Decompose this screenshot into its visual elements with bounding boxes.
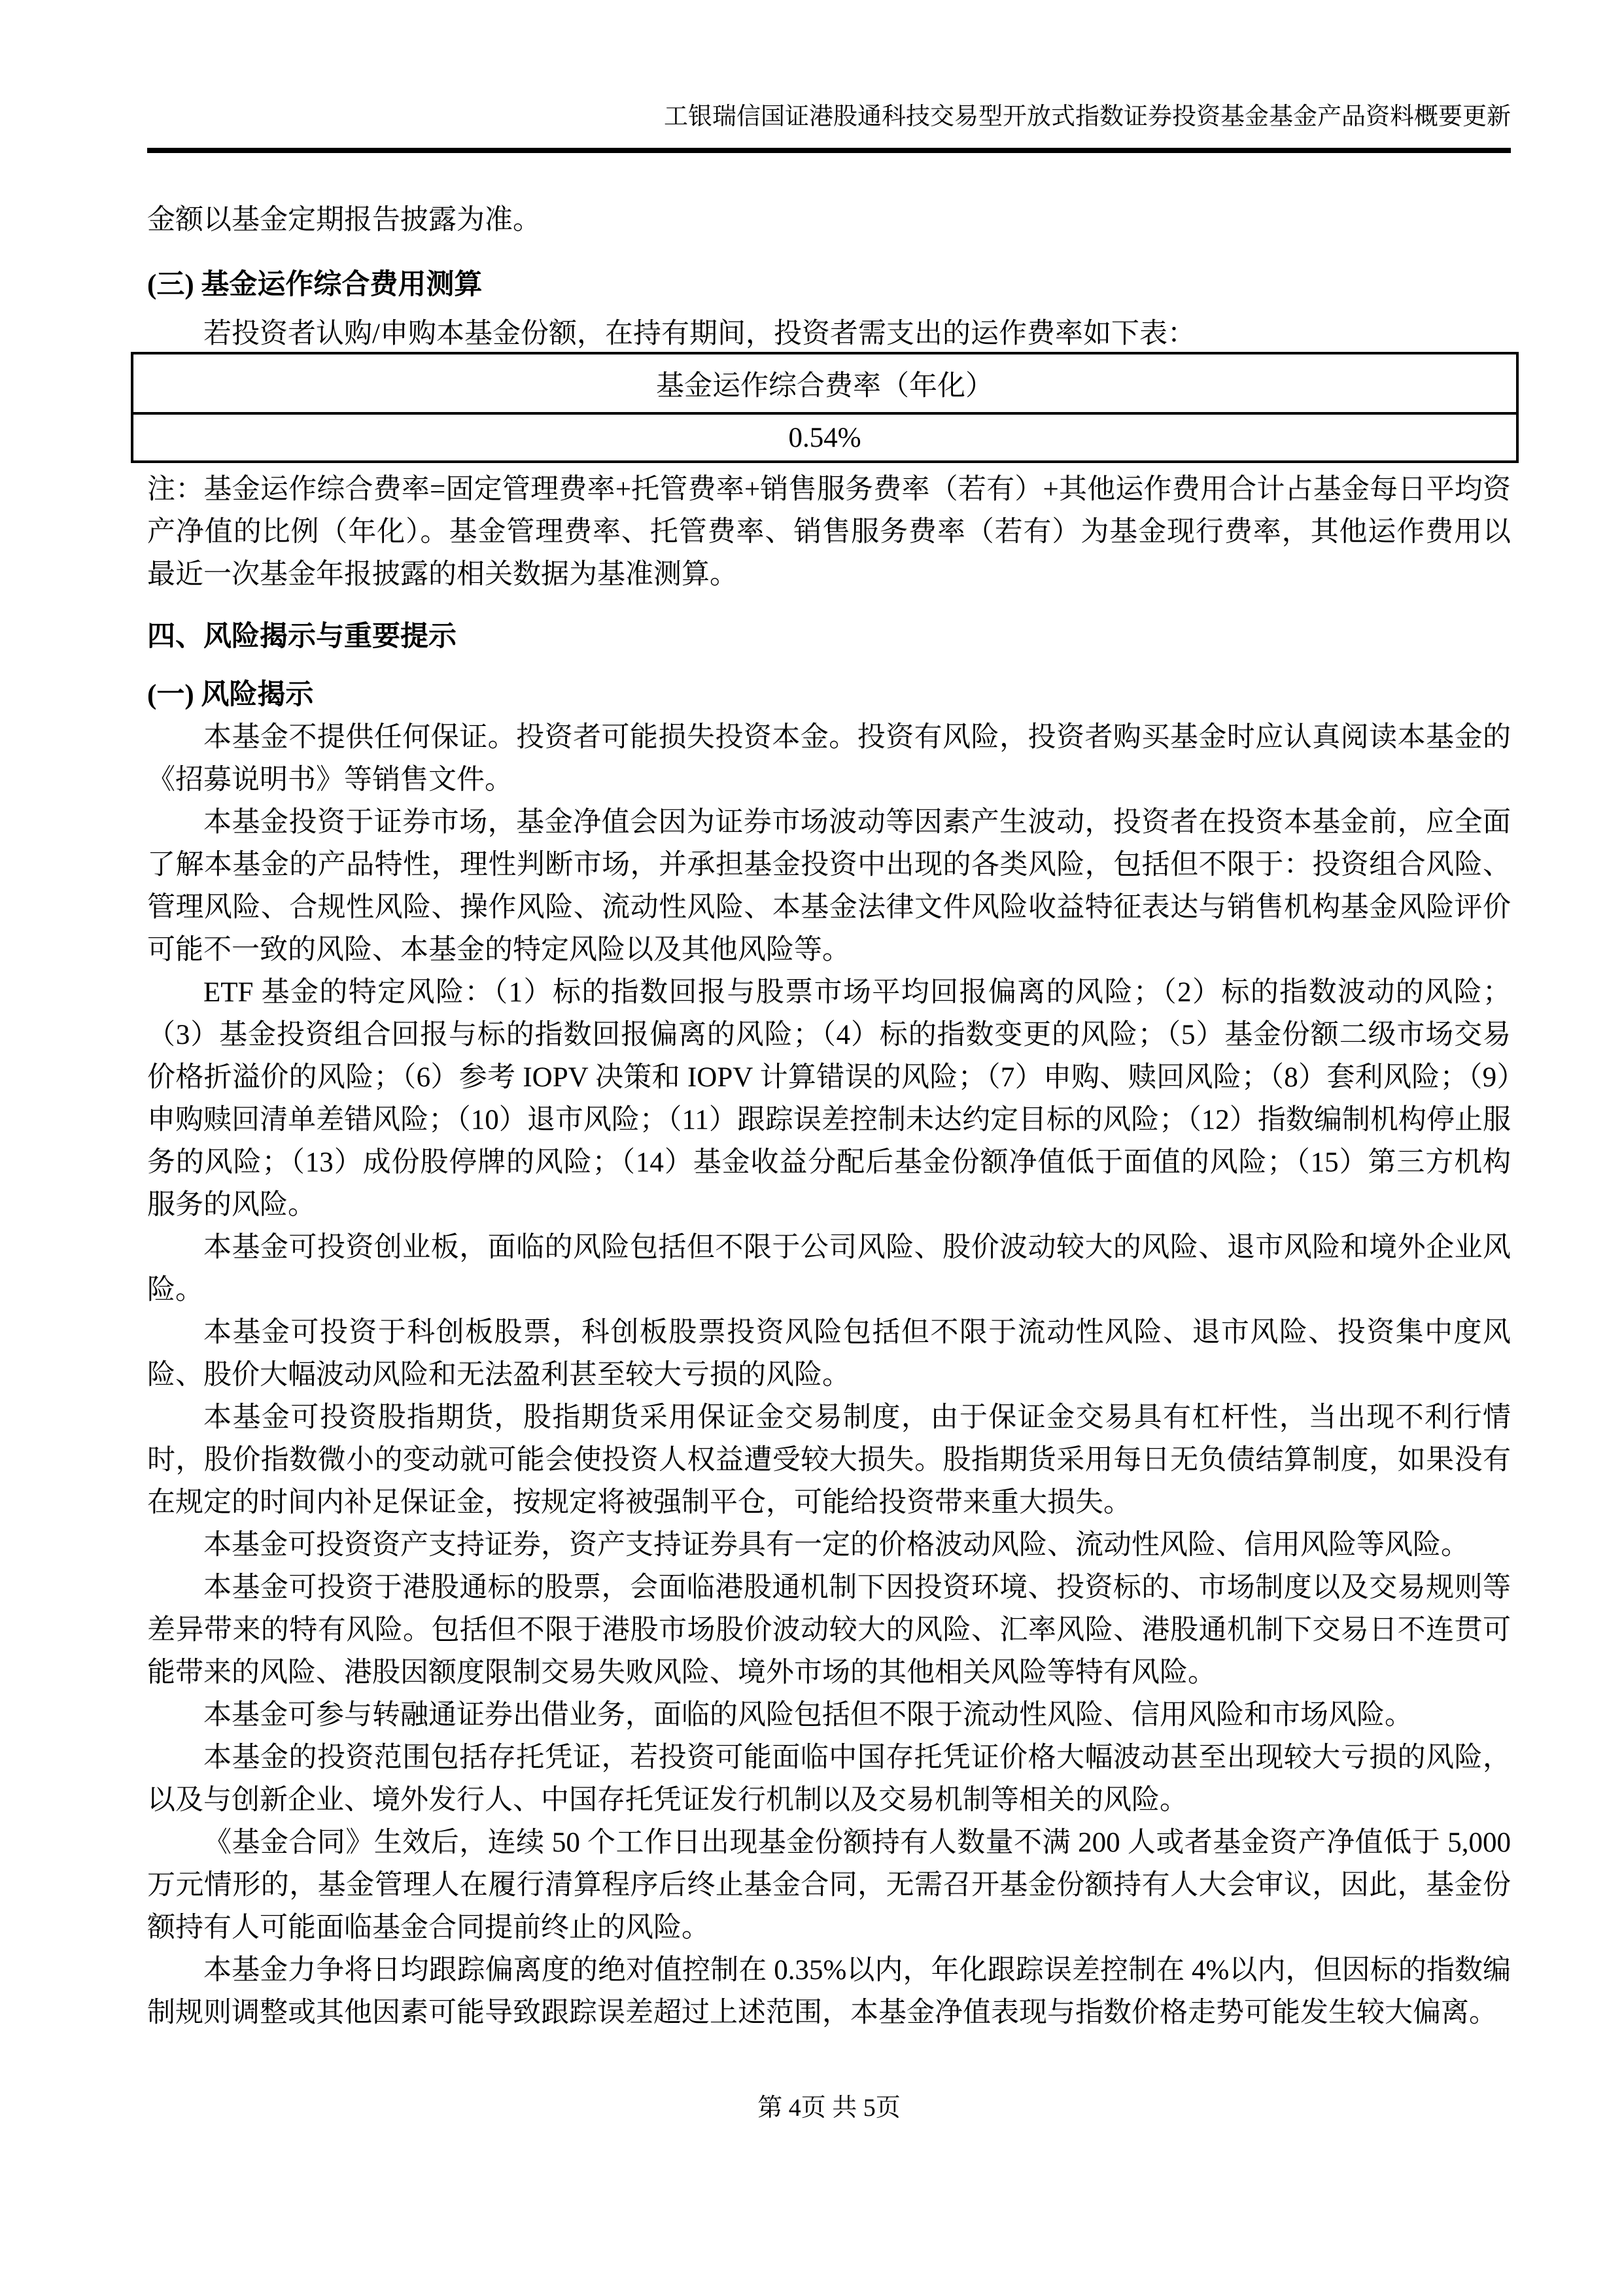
risk-paragraph: 本基金不提供任何保证。投资者可能损失投资本金。投资有风险，投资者购买基金时应认真… bbox=[147, 716, 1511, 801]
risk-paragraph: 本基金可投资于科创板股票，科创板股票投资风险包括但不限于流动性风险、退市风险、投… bbox=[147, 1311, 1511, 1396]
subsection-heading-risk-disclosure: (一) 风险揭示 bbox=[147, 674, 1511, 716]
continuation-paragraph: 金额以基金定期报告披露为准。 bbox=[147, 199, 1511, 241]
section-heading-fee-calculation: (三) 基金运作综合费用测算 bbox=[147, 264, 1511, 306]
fee-table-value-cell: 0.54% bbox=[133, 415, 1516, 460]
header-rule bbox=[147, 148, 1511, 153]
fee-note-paragraph: 注：基金运作综合费率=固定管理费率+托管费率+销售服务费率（若有）+其他运作费用… bbox=[147, 468, 1511, 596]
risk-paragraph: 本基金投资于证券市场，基金净值会因为证券市场波动等因素产生波动，投资者在投资本基… bbox=[147, 801, 1511, 971]
page-header-title: 工银瑞信国证港股通科技交易型开放式指数证券投资基金基金产品资料概要更新 bbox=[147, 101, 1511, 133]
risk-paragraph: 本基金可投资于港股通标的股票，会面临港股通机制下因投资环境、投资标的、市场制度以… bbox=[147, 1566, 1511, 1694]
risk-paragraph: ETF 基金的特定风险：（1）标的指数回报与股票市场平均回报偏离的风险；（2）标… bbox=[147, 971, 1511, 1226]
section-heading-risk: 四、风险揭示与重要提示 bbox=[147, 615, 1511, 658]
risk-paragraph: 本基金可投资股指期货，股指期货采用保证金交易制度，由于保证金交易具有杠杆性，当出… bbox=[147, 1396, 1511, 1524]
risk-paragraph: 本基金可投资资产支持证券，资产支持证券具有一定的价格波动风险、流动性风险、信用风… bbox=[147, 1524, 1511, 1566]
fee-intro-paragraph: 若投资者认购/申购本基金份额，在持有期间，投资者需支出的运作费率如下表： bbox=[147, 313, 1511, 355]
document-page: 工银瑞信国证港股通科技交易型开放式指数证券投资基金基金产品资料概要更新 金额以基… bbox=[0, 0, 1624, 2295]
risk-paragraph: 本基金的投资范围包括存托凭证，若投资可能面临中国存托凭证价格大幅波动甚至出现较大… bbox=[147, 1736, 1511, 1821]
risk-paragraph: 本基金可参与转融通证券出借业务，面临的风险包括但不限于流动性风险、信用风险和市场… bbox=[147, 1694, 1511, 1736]
risk-paragraph: 《基金合同》生效后，连续 50 个工作日出现基金份额持有人数量不满 200 人或… bbox=[147, 1821, 1511, 1949]
fee-table: 基金运作综合费率（年化） 0.54% bbox=[131, 352, 1519, 463]
risk-paragraph: 本基金可投资创业板，面临的风险包括但不限于公司风险、股价波动较大的风险、退市风险… bbox=[147, 1226, 1511, 1311]
page-footer: 第 4页 共 5页 bbox=[147, 2092, 1511, 2124]
risk-paragraph: 本基金力争将日均跟踪偏离度的绝对值控制在 0.35%以内，年化跟踪误差控制在 4… bbox=[147, 1949, 1511, 2034]
fee-table-header-cell: 基金运作综合费率（年化） bbox=[133, 354, 1516, 415]
